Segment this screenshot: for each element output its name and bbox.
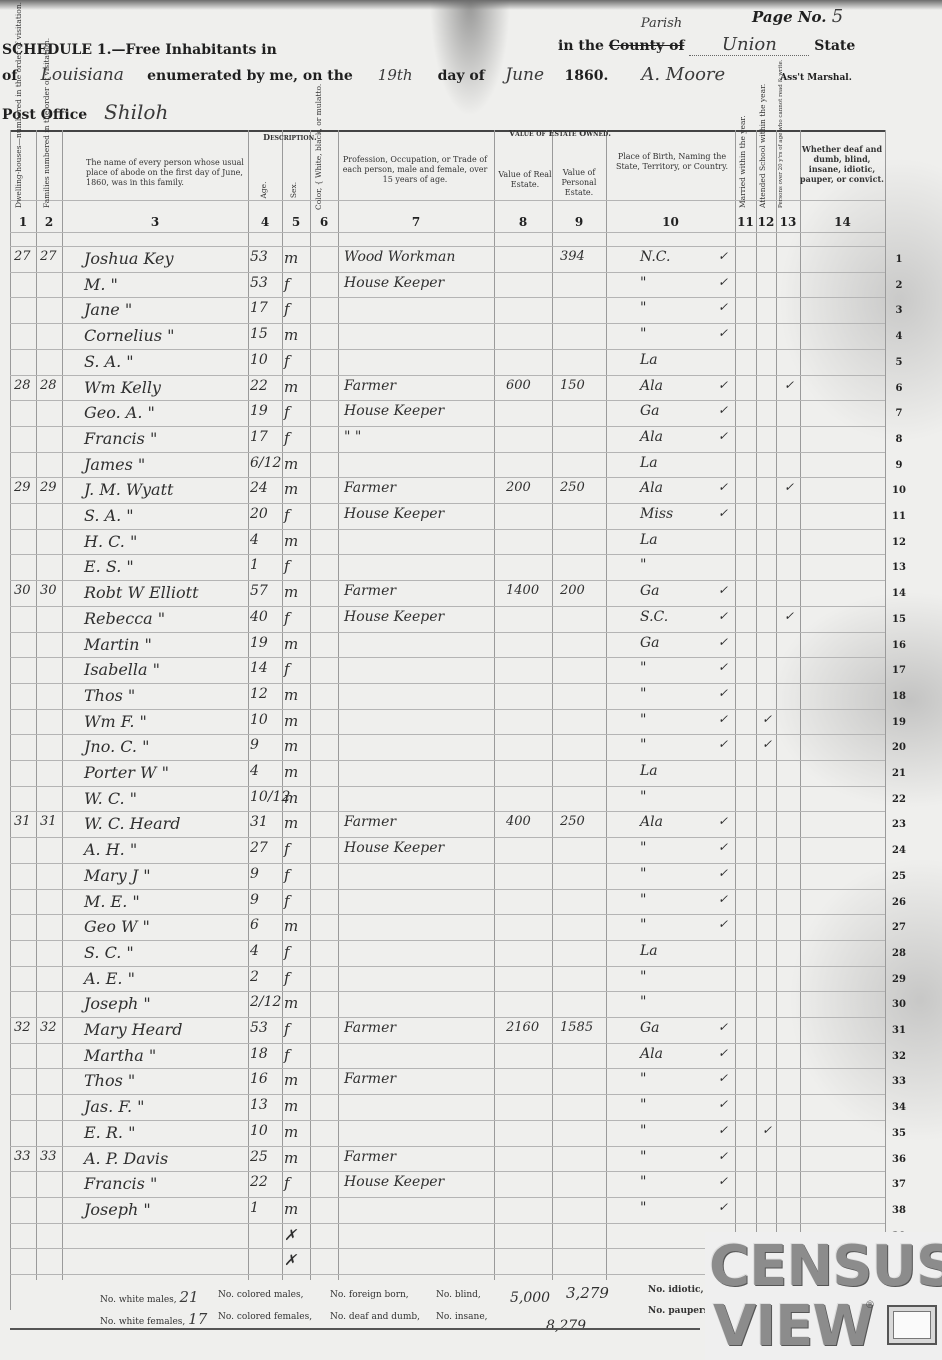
age-cell: 53 [250,1020,268,1036]
col3-header: The name of every person whose usual pla… [86,158,246,188]
sex-cell: m [284,532,298,550]
real-estate-cell: 1400 [506,583,539,598]
line-number: 2 [884,280,914,291]
age-cell: 19 [250,403,268,419]
sex-cell: f [284,300,290,318]
occupation-cell: Wood Workman [344,249,455,265]
c11-cell: ✓ [718,326,728,340]
name-cell: E. S. " [84,557,134,576]
computer-monitor-icon [887,1305,937,1345]
sex-cell: f [284,840,290,858]
c11-cell: ✓ [718,403,728,417]
birthplace-cell: Ala [640,480,663,496]
sex-cell: m [284,712,298,730]
registered-mark: ® [865,1300,875,1311]
name-cell: Geo. A. " [84,403,155,422]
line-number: 6 [884,383,914,394]
birthplace-cell: Ala [640,1046,663,1062]
sex-cell: m [284,763,298,781]
real-estate-cell: 2160 [506,1020,539,1035]
column-number: 4 [248,215,282,229]
row-divider [10,246,885,247]
sex-cell: f [284,352,290,370]
age-cell: 17 [250,300,268,316]
name-cell: Martin " [84,635,152,654]
col7-header: Profession, Occupation, or Trade of each… [340,155,490,185]
sex-cell: f [284,969,290,987]
birthplace-cell: Ga [640,403,660,419]
name-cell: W. C. Heard [84,814,181,833]
real-estate-cell: 600 [506,378,531,393]
row-divider [10,323,885,324]
row-divider [10,200,885,201]
line-number: 34 [884,1102,914,1113]
occupation-cell: House Keeper [344,1174,444,1190]
row-divider [10,914,885,915]
sex-cell: f [284,1046,290,1064]
sex-cell: m [284,686,298,704]
sex-cell: f [284,943,290,961]
post-office-value: Shiloh [104,100,168,124]
family-cell: 32 [40,1020,57,1035]
line-number: 9 [884,460,914,471]
sex-cell: m [284,1071,298,1089]
line-number: 37 [884,1179,914,1190]
col8-header: Value of Real Estate. [496,170,554,190]
name-cell: W. C. " [84,789,137,808]
column-number: 1 [10,215,36,229]
sex-cell: m [284,583,298,601]
marshal-label: Ass't Marshal. [780,73,852,83]
sex-cell: m [284,1200,298,1218]
c11-cell: ✓ [718,300,728,314]
col4-header: Age. [259,170,268,210]
personal-estate-cell: 1585 [560,1020,593,1035]
age-cell: 24 [250,480,268,496]
birthplace-cell: " [640,1200,646,1216]
sex-cell: ✗ [284,1251,297,1269]
white-females-total: No. white females, 17 [100,1310,207,1328]
occupation-cell: Farmer [344,814,396,830]
family-cell: 30 [40,583,57,598]
name-cell: Mary J " [84,866,151,885]
age-cell: 27 [250,840,268,856]
birthplace-cell: La [640,455,658,471]
family-cell: 28 [40,378,57,393]
sex-cell: m [284,814,298,832]
c11-cell: ✓ [718,506,728,520]
row-divider [10,1197,885,1198]
line-number: 11 [884,511,914,522]
age-cell: 16 [250,1071,268,1087]
column-divider [552,130,553,1280]
row-divider [10,940,885,941]
occupation-cell: House Keeper [344,506,444,522]
row-divider [10,734,885,735]
sex-cell: ✗ [284,1226,297,1244]
occupation-cell: Farmer [344,378,396,394]
line-number: 29 [884,974,914,985]
col2-header: Families numbered in the order of visita… [42,138,51,208]
birthplace-cell: Ala [640,814,663,830]
line-number: 38 [884,1205,914,1216]
estate-header: Value of Estate Owned. [490,128,630,138]
line-number: 28 [884,948,914,959]
age-cell: 1 [250,1200,259,1216]
row-divider [10,683,885,684]
age-cell: 12 [250,686,268,702]
birthplace-cell: S.C. [640,609,668,625]
name-cell: Joseph " [84,994,151,1013]
c11-cell: ✓ [718,686,728,700]
birthplace-cell: Ala [640,429,663,445]
age-cell: 4 [250,763,259,779]
column-divider [338,130,339,1280]
occupation-cell: House Keeper [344,609,444,625]
sex-cell: m [284,994,298,1012]
logo-line1: CENSUS [709,1234,942,1299]
line-number: 14 [884,588,914,599]
row-divider [10,786,885,787]
name-cell: Wm Kelly [84,378,161,397]
name-cell: Mary Heard [84,1020,183,1039]
age-cell: 9 [250,737,259,753]
year-label: 1860. [565,68,609,84]
birthplace-cell: " [640,737,646,753]
row-divider [10,349,885,350]
column-divider [800,130,801,1280]
row-divider [10,991,885,992]
age-cell: 15 [250,326,268,342]
name-cell: Martha " [84,1046,156,1065]
row-divider [10,811,885,812]
age-cell: 22 [250,378,268,394]
name-cell: Cornelius " [84,326,175,345]
c11-cell: ✓ [718,275,728,289]
name-cell: Isabella " [84,660,160,679]
c11-cell: ✓ [718,1149,728,1163]
col1-header: Dwelling-houses—numbered in the order of… [14,138,23,208]
birthplace-cell: La [640,943,658,959]
age-cell: 6 [250,917,259,933]
line-number: 15 [884,614,914,625]
column-number: 10 [606,215,735,229]
line-number: 24 [884,845,914,856]
c11-cell: ✓ [718,480,728,494]
month-value: June [490,65,560,85]
row-divider [10,477,885,478]
col14-header: Whether deaf and dumb, blind, insane, id… [800,144,884,184]
name-cell: Francis " [84,1174,157,1193]
c11-cell: ✓ [718,583,728,597]
birthplace-cell: " [640,686,646,702]
family-cell: 31 [40,814,57,829]
personal-estate-cell: 150 [560,378,585,393]
county-line: in the County of Parish Union State [558,34,855,56]
row-divider [10,632,885,633]
parish-correction: Parish [641,16,682,31]
sex-cell: f [284,1174,290,1192]
column-number: 8 [494,215,552,229]
name-cell: S. A. " [84,506,134,525]
age-cell: 25 [250,1149,268,1165]
sex-cell: m [284,378,298,396]
name-cell: Joseph " [84,1200,151,1219]
occupation-cell: " " [344,429,361,445]
c11-cell: ✓ [718,840,728,854]
sex-cell: m [284,249,298,267]
occupation-cell: Farmer [344,480,396,496]
page-number-label: Page No. 5 [752,6,843,27]
age-cell: 10 [250,712,268,728]
line-number: 8 [884,434,914,445]
c11-cell: ✓ [718,609,728,623]
enumeration-line: of Louisiana enumerated by me, on the 19… [2,64,852,85]
column-number: 2 [36,215,62,229]
age-cell: 18 [250,1046,268,1062]
sex-cell: f [284,660,290,678]
age-cell: 31 [250,814,268,830]
birthplace-cell: " [640,969,646,985]
name-cell: M. E. " [84,892,140,911]
sex-cell: m [284,917,298,935]
colored-males-label: No. colored males, [218,1290,303,1300]
row-divider [10,1094,885,1095]
col9-header: Value of Personal Estate. [555,168,603,198]
day-of-label: day of [438,68,485,84]
row-divider [10,863,885,864]
sex-cell: m [284,1097,298,1115]
family-cell: 29 [40,480,57,495]
name-cell: Francis " [84,429,157,448]
row-divider [10,657,885,658]
sex-cell: f [284,892,290,910]
line-number: 13 [884,562,914,573]
dwelling-cell: 27 [14,249,31,264]
age-cell: 4 [250,943,259,959]
row-divider [10,503,885,504]
birthplace-cell: Ala [640,378,663,394]
line-number: 36 [884,1154,914,1165]
c11-cell: ✓ [718,378,728,392]
birthplace-cell: " [640,892,646,908]
row-divider [10,554,885,555]
line-number: 30 [884,999,914,1010]
name-cell: A. E. " [84,969,135,988]
name-cell: A. H. " [84,840,137,859]
county-value: Union [689,34,809,56]
row-divider [10,297,885,298]
sex-cell: m [284,789,298,807]
sex-cell: m [284,326,298,344]
birthplace-cell: Ga [640,583,660,599]
line-number: 26 [884,897,914,908]
age-cell: 22 [250,1174,268,1190]
occupation-cell: Farmer [344,1149,396,1165]
name-cell: Porter W " [84,763,169,782]
c11-cell: ✓ [718,917,728,931]
sex-cell: f [284,403,290,421]
name-cell: H. C. " [84,532,137,551]
line-number: 33 [884,1076,914,1087]
logo-line2: VIEW [713,1294,873,1359]
column-divider [776,130,777,1280]
birthplace-cell: " [640,1174,646,1190]
c12-cell: ✓ [762,712,772,726]
sex-cell: m [284,480,298,498]
line-number: 1 [884,254,914,265]
name-cell: Rebecca " [84,609,165,628]
birthplace-cell: " [640,1097,646,1113]
c11-cell: ✓ [718,660,728,674]
age-cell: 20 [250,506,268,522]
sex-cell: m [284,1149,298,1167]
c11-cell: ✓ [718,866,728,880]
occupation-cell: House Keeper [344,275,444,291]
column-number: 11 [735,215,756,229]
age-cell: 57 [250,583,268,599]
row-divider [10,375,885,376]
birthplace-cell: " [640,994,646,1010]
sex-cell: f [284,506,290,524]
row-divider [10,889,885,890]
birthplace-cell: " [640,866,646,882]
row-divider [10,1120,885,1121]
column-number: 14 [800,215,885,229]
age-cell: 40 [250,609,268,625]
c11-cell: ✓ [718,712,728,726]
birthplace-cell: " [640,789,646,805]
dwelling-cell: 30 [14,583,31,598]
name-cell: Jas. F. " [84,1097,144,1116]
dwelling-cell: 31 [14,814,31,829]
column-divider [10,130,11,1310]
page-number: 5 [832,6,843,27]
row-divider [10,529,885,530]
column-number: 12 [756,215,776,229]
c12-cell: ✓ [762,737,772,751]
row-divider [10,709,885,710]
birthplace-cell: La [640,763,658,779]
birthplace-cell: " [640,840,646,856]
line-number: 21 [884,768,914,779]
birthplace-cell: Ga [640,1020,660,1036]
line-number: 3 [884,305,914,316]
enumerated-label: enumerated by me, on the [147,68,353,84]
name-cell: Robt W Elliott [84,583,199,602]
deaf-dumb-label: No. deaf and dumb, [330,1312,420,1322]
real-estate-cell: 200 [506,480,531,495]
name-cell: A. P. Davis [84,1149,168,1168]
sex-cell: f [284,275,290,293]
birthplace-cell: Miss [640,506,673,522]
col11-header: Married within the year. [738,124,747,208]
family-cell: 33 [40,1149,57,1164]
birthplace-cell: " [640,557,646,573]
sex-cell: f [284,557,290,575]
birthplace-cell: La [640,532,658,548]
line-number: 5 [884,357,914,368]
age-cell: 53 [250,275,268,291]
sex-cell: m [284,455,298,473]
birthplace-cell: " [640,917,646,933]
col6-header: Color, { White, black, or mulatto. [314,140,323,210]
line-number: 4 [884,331,914,342]
column-divider [310,130,311,1280]
dwelling-cell: 32 [14,1020,31,1035]
personal-estate-total: 3,279 [566,1284,609,1302]
name-cell: Joshua Key [84,249,174,268]
column-divider [248,130,249,1280]
occupation-cell: Farmer [344,583,396,599]
age-cell: 4 [250,532,259,548]
idiotic-label: No. idiotic, [648,1285,704,1295]
birthplace-cell: " [640,712,646,728]
col10-header: Place of Birth, Naming the State, Territ… [612,152,732,172]
column-divider [282,130,283,1280]
line-number: 27 [884,922,914,933]
age-cell: 9 [250,866,259,882]
dwelling-cell: 33 [14,1149,31,1164]
column-number: 5 [282,215,310,229]
age-cell: 14 [250,660,268,676]
county-of-struck: County of [609,38,685,54]
row-divider [10,1171,885,1172]
line-number: 19 [884,717,914,728]
column-number: 7 [338,215,494,229]
column-divider [756,130,757,1280]
row-divider [10,1146,885,1147]
column-divider [62,130,63,1280]
birthplace-cell: " [640,660,646,676]
foreign-born-label: No. foreign born, [330,1290,409,1300]
birthplace-cell: La [640,352,658,368]
occupation-cell: House Keeper [344,840,444,856]
line-number: 12 [884,537,914,548]
age-cell: 2 [250,969,259,985]
sex-cell: m [284,737,298,755]
c11-cell: ✓ [718,1123,728,1137]
c11-cell: ✓ [718,737,728,751]
in-the-label: in the [558,38,604,54]
paupers-label: No. paupers, [648,1306,712,1316]
name-cell: S. C. " [84,943,134,962]
name-cell: Thos " [84,686,135,705]
name-cell: Thos " [84,1071,135,1090]
sex-cell: m [284,1123,298,1141]
name-cell: M. " [84,275,118,294]
name-cell: Jno. C. " [84,737,149,756]
column-divider [494,130,495,1280]
column-number: 3 [62,215,248,229]
c11-cell: ✓ [718,892,728,906]
blind-label: No. blind, [436,1290,481,1300]
row-divider [10,272,885,273]
row-divider [10,426,885,427]
occupation-cell: Farmer [344,1020,396,1036]
day-value: 19th [358,66,433,84]
row-divider [10,760,885,761]
dwelling-cell: 29 [14,480,31,495]
column-divider [735,130,736,1280]
column-divider [36,130,37,1280]
c11-cell: ✓ [718,635,728,649]
dwelling-cell: 28 [14,378,31,393]
c11-cell: ✓ [718,1046,728,1060]
sex-cell: f [284,429,290,447]
age-cell: 10 [250,352,268,368]
age-cell: 9 [250,892,259,908]
